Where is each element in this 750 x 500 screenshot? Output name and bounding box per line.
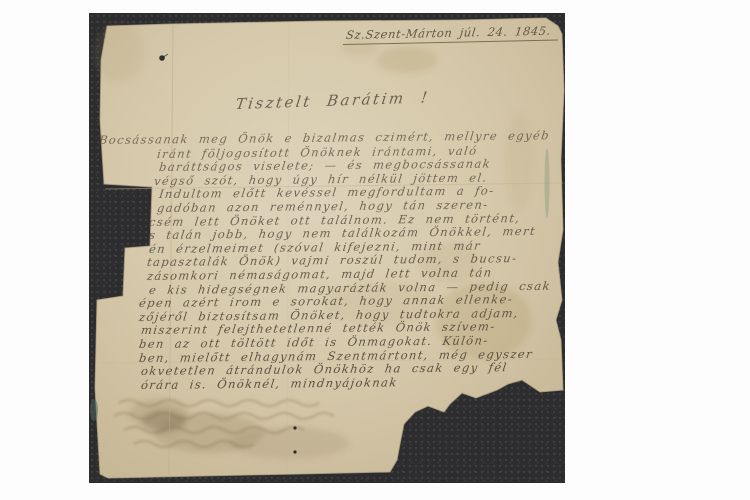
letter-scan: Sz.Szent-Márton júl. 24. 1845. Tisztelt … — [89, 13, 565, 483]
handwriting-line: órára is. Önöknél, mindnyájoknak — [140, 375, 399, 392]
scanned-letter-page: Sz.Szent-Márton júl. 24. 1845. Tisztelt … — [0, 0, 750, 500]
